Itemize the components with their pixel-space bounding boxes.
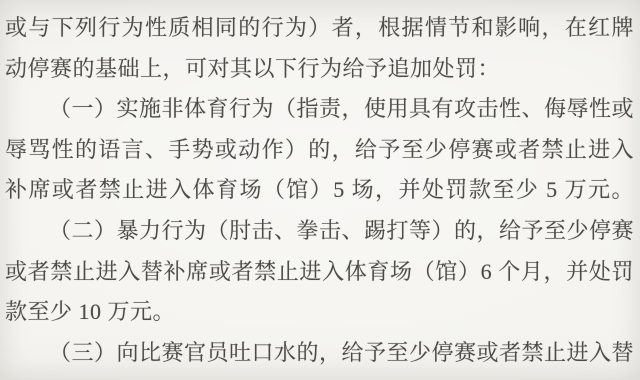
text-line-7: 或者禁止进入替补席或者禁止进入体育场（馆）6 个月，并处罚	[5, 252, 634, 293]
text-line-1: 或与下列行为性质相同的行为）者，根据情节和影响，在红牌自	[5, 8, 634, 49]
text-line-3: （一）实施非体育行为（指责，使用具有攻击性、侮辱性或	[5, 89, 634, 130]
text-line-8: 款至少 10 万元。	[5, 292, 634, 333]
text-line-5: 补席或者禁止进入体育场（馆）5 场，并处罚款至少 5 万元。	[5, 170, 634, 211]
text-line-9: （三）向比赛官员吐口水的，给予至少停赛或者禁止进入替	[5, 333, 634, 374]
text-line-4: 辱骂性的语言、手势或动作）的，给予至少停赛或者禁止进入替	[5, 130, 634, 171]
document-page: 或与下列行为性质相同的行为）者，根据情节和影响，在红牌自 动停赛的基础上，可对其…	[0, 0, 640, 380]
text-line-2: 动停赛的基础上，可对其以下行为给予追加处罚：	[5, 49, 634, 90]
text-line-6: （二）暴力行为（肘击、拳击、踢打等）的，给予至少停赛	[5, 211, 634, 252]
